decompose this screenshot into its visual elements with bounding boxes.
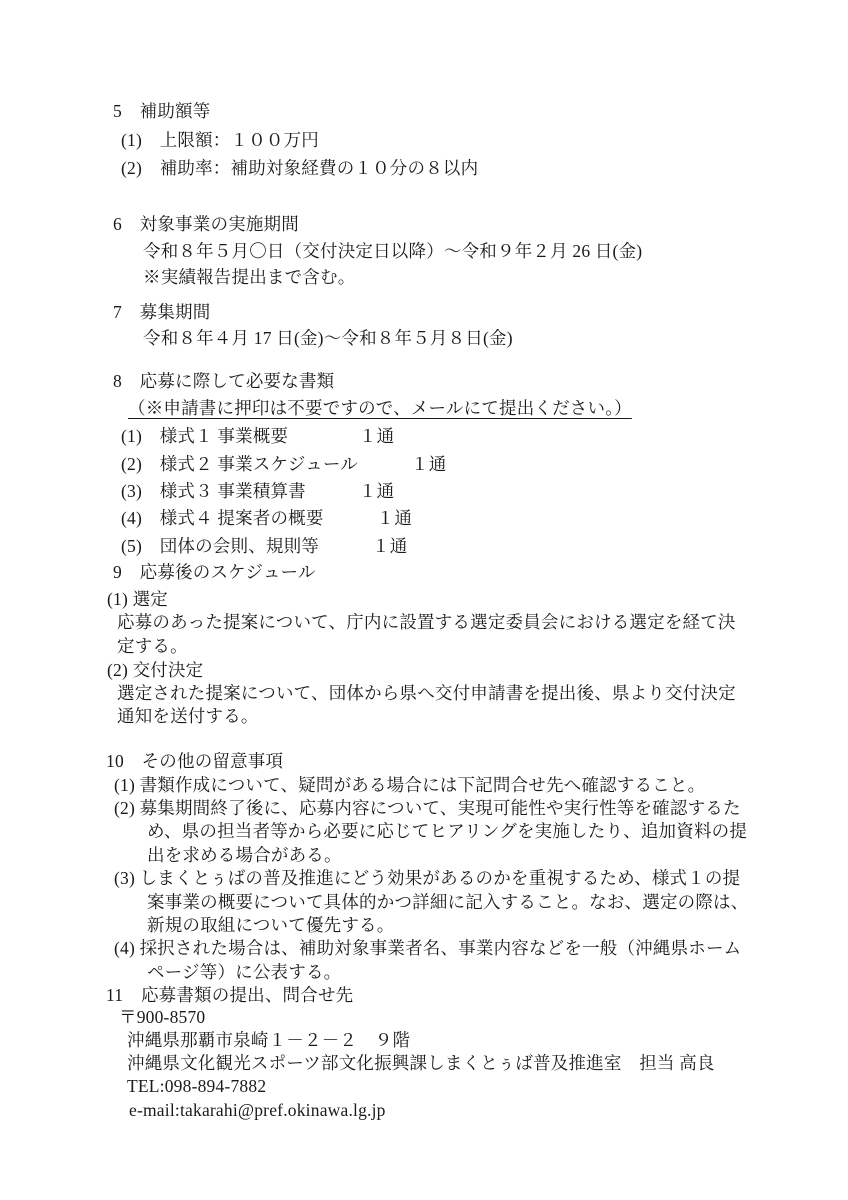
section9-item1-label: (1) 選定 [107,589,168,611]
section6-note: ※実績報告提出まで含む。 [143,267,355,289]
section11-heading: 11 応募書類の提出、問合せ先 [106,985,353,1007]
section10-item4-l2: ページ等）に公表する。 [147,962,341,984]
section10-item3-l2: 案事業の概要について具体的かつ詳細に記入すること。なお、選定の際は、 [147,892,748,914]
section8-doc1: (1) 様式１ 事業概要 １通 [121,426,394,448]
section10-item2-l2: め、県の担当者等から必要に応じてヒアリングを実施したり、追加資料の提 [147,821,747,843]
section11-postal-code: 〒900-8570 [119,1007,205,1029]
section10-item2-l3: 出を求める場合がある。 [147,845,342,867]
section7-heading: 7 募集期間 [113,302,210,324]
document-page: 5 補助額等(1) 上限額：１００万円(2) 補助率：補助対象経費の１０分の８以… [0,0,848,1200]
section10-heading: 10 その他の留意事項 [106,751,283,773]
section11-tel: TEL:098-894-7882 [127,1076,266,1098]
section10-item3-l1: (3) しまくとぅばの普及推進にどう効果があるのかを重視するため、様式１の提 [114,868,740,890]
section8-doc5: (5) 団体の会則、規則等 １通 [121,536,408,558]
section9-item2-body-l2: 通知を送付する。 [117,706,259,728]
section6-heading: 6 対象事業の実施期間 [113,214,299,236]
section8-doc3: (3) 様式３ 事業積算書 １通 [121,481,394,503]
section6-period: 令和８年５月〇日（交付決定日以降）～令和９年２月 26 日(金) [143,241,642,263]
section5-item1: (1) 上限額：１００万円 [121,130,319,152]
section9-item1-body-l2: 定する。 [117,636,188,658]
section10-item1: (1) 書類作成について、疑問がある場合には下記問合せ先へ確認すること。 [114,775,705,797]
section11-address: 沖縄県那覇市泉崎１－２－２ ９階 [127,1030,410,1052]
section9-heading: 9 応募後のスケジュール [113,562,316,584]
section8-note: （※申請書に押印は不要ですので、メールにて提出ください。） [128,398,632,420]
section8-doc2: (2) 様式２ 事業スケジュール １通 [121,454,446,476]
section10-item4-l1: (4) 採択された場合は、補助対象事業者名、事業内容などを一般（沖縄県ホーム [114,938,741,960]
section9-item1-body-l1: 応募のあった提案について、庁内に設置する選定委員会における選定を経て決 [117,612,736,634]
section8-heading: 8 応募に際して必要な書類 [113,371,334,393]
section9-item2-label: (2) 交付決定 [107,660,203,682]
section11-department: 沖縄県文化観光スポーツ部文化振興課しまくとぅば普及推進室 担当 高良 [127,1053,715,1075]
section11-email: e-mail:takarahi@pref.okinawa.lg.jp [129,1100,386,1122]
section10-item2-l1: (2) 募集期間終了後に、応募内容について、実現可能性や実行性等を確認するた [114,798,741,820]
section5-item2: (2) 補助率：補助対象経費の１０分の８以内 [121,158,478,180]
section9-item2-body-l1: 選定された提案について、団体から県へ交付申請書を提出後、県より交付決定 [117,683,736,705]
section10-item3-l3: 新規の取組について優先する。 [147,915,394,937]
section5-heading: 5 補助額等 [113,101,210,123]
section7-period: 令和８年４月 17 日(金)～令和８年５月８日(金) [143,328,513,350]
section8-doc4: (4) 様式４ 提案者の概要 １通 [121,508,412,530]
